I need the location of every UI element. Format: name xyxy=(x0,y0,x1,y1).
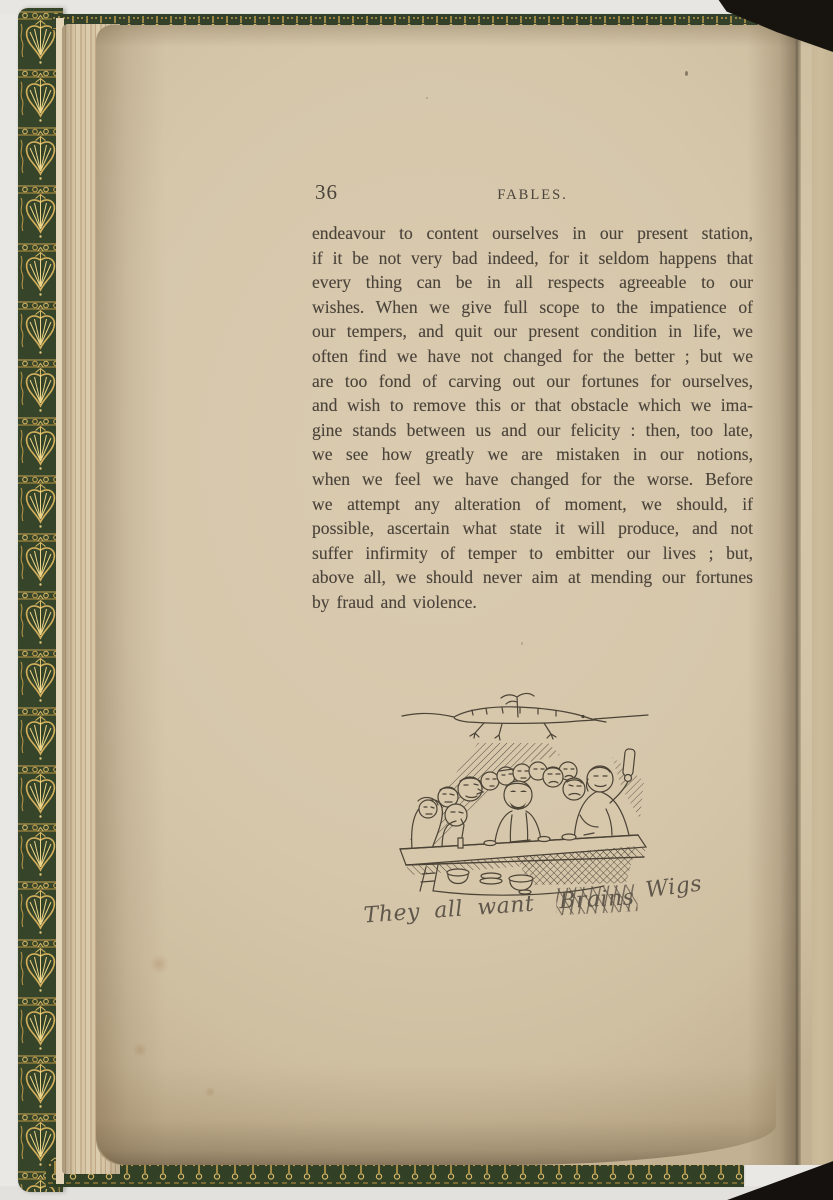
caption-prefix: They all want xyxy=(363,892,535,929)
engraving-illustration xyxy=(398,689,650,899)
foxing-spot xyxy=(132,1043,148,1057)
page-left-shadow xyxy=(96,25,166,1165)
ink-speck xyxy=(426,97,428,99)
book-photo: 36 FABLES. endeavour to content ourselve… xyxy=(0,0,833,1200)
facing-page-sliver xyxy=(812,25,833,1165)
foxing-spot xyxy=(148,955,170,973)
page-bottom-edges xyxy=(102,1137,752,1165)
caption-struck-word: Brains xyxy=(556,884,639,915)
page-gutter-shadow xyxy=(681,25,801,1165)
ink-speck xyxy=(521,642,523,645)
book-page: 36 FABLES. endeavour to content ourselve… xyxy=(96,25,833,1165)
